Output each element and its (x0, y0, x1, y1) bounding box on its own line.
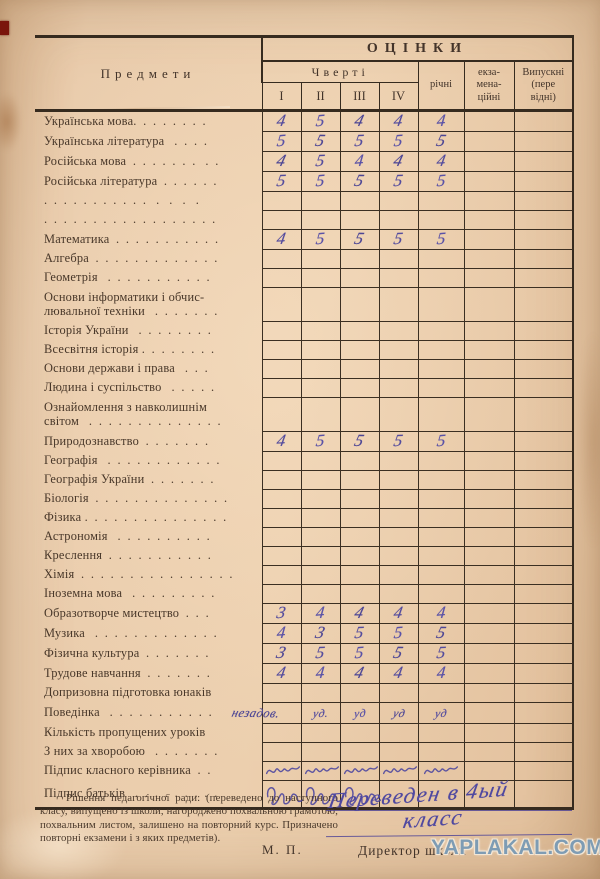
grade-cell (464, 211, 514, 230)
grade-cell (418, 566, 464, 585)
handwritten-word: уд (434, 709, 448, 721)
grade-cell (418, 250, 464, 269)
subject-row-astronomiya: Астрономія . . . . . . . . . . (35, 528, 573, 547)
grade-cell (464, 724, 514, 743)
grade-cell (262, 547, 301, 566)
grade-cell (262, 743, 301, 762)
grade-cell (301, 762, 340, 781)
subject-label: Основи інформатики і обчис- лювальної те… (35, 288, 262, 322)
grade-cell (379, 341, 418, 360)
subject-label: Російська мова . . . . . . . . . (35, 152, 262, 172)
grade-cell (379, 724, 418, 743)
pedagogical-council-decision: Рішення педагогічної ради: (переведено д… (40, 792, 338, 846)
grade-cell (379, 398, 418, 432)
grade-cell (514, 644, 573, 664)
grade-cell: 5 (379, 432, 418, 452)
grade-cell: 4 (340, 111, 379, 132)
grade-cell: 4 (379, 152, 418, 172)
handwritten-grade: 5 (315, 112, 325, 130)
grade-cell: уд (340, 703, 379, 724)
subject-row-istoriya-ukrainy: Історія України . . . . . . . . (35, 322, 573, 341)
final-column-header: Випускні (пере відні) (514, 61, 573, 111)
subject-row-za-khvoroboyu: З них за хворобою . . . . . . . (35, 743, 573, 762)
grade-cell (464, 360, 514, 379)
grade-cell: 4 (418, 604, 464, 624)
grade-cell (379, 743, 418, 762)
handwritten-grade: 4 (353, 604, 366, 621)
handwritten-grade: 4 (435, 152, 447, 169)
grade-cell (379, 566, 418, 585)
grade-cell (262, 322, 301, 341)
grade-cell (301, 528, 340, 547)
grade-cell: уд (418, 703, 464, 724)
quarter-4-header: IV (379, 83, 418, 111)
grade-cell (514, 490, 573, 509)
grade-cell: 5 (340, 132, 379, 152)
grade-cell (464, 452, 514, 471)
handwritten-grade: 5 (435, 644, 447, 661)
grade-cell (379, 269, 418, 288)
grade-cell: 5 (340, 644, 379, 664)
grade-cell (514, 762, 573, 781)
subject-label: Креслення . . . . . . . . . . . (35, 547, 262, 566)
subject-label: Кількість пропущених уроків (35, 724, 262, 743)
handwritten-grade: 5 (353, 432, 366, 449)
subject-row-lyudyna-i-suspilstvo: Людина і суспільство . . . . . (35, 379, 573, 398)
handwritten-grade: 3 (276, 604, 288, 621)
grade-cell (514, 471, 573, 490)
grade-cell (379, 211, 418, 230)
handwritten-grade: 5 (315, 644, 327, 661)
grade-cell (464, 547, 514, 566)
grade-cell: 5 (418, 644, 464, 664)
handwritten-grade: 4 (436, 112, 446, 130)
subject-label: З них за хворобою . . . . . . . (35, 743, 262, 762)
grade-cell: 4 (379, 664, 418, 684)
handwritten-grade: 5 (393, 432, 405, 449)
grade-cell (301, 269, 340, 288)
subject-label: Людина і суспільство . . . . . (35, 379, 262, 398)
grade-cell (301, 547, 340, 566)
grade-cell (340, 288, 379, 322)
grade-cell (340, 566, 379, 585)
handwritten-grade: 4 (315, 604, 325, 622)
subject-label: Ознайомлення з навколишнім світом . . . … (35, 398, 262, 432)
grade-cell (514, 547, 573, 566)
grade-cell: 5 (340, 172, 379, 192)
grade-cell: 5 (301, 644, 340, 664)
teacher-signature-scribble (263, 762, 303, 780)
handwritten-grade: 5 (393, 230, 405, 247)
grade-cell (379, 490, 418, 509)
grade-cell (262, 585, 301, 604)
handwritten-grade: 5 (435, 132, 448, 149)
grade-cell (301, 452, 340, 471)
quarter-3-header: III (340, 83, 379, 111)
subject-row-ukrainska-mova: Українська мова. . . . . . . . 4 5 4 4 4 (35, 111, 573, 132)
subject-label: Поведінка . . . . . . . . . . . (35, 703, 262, 724)
grade-cell: 5 (379, 644, 418, 664)
handwritten-grade: 5 (436, 432, 446, 450)
subject-label: Образотворче мистецтво . . . (35, 604, 262, 624)
handwritten-grade: 4 (436, 664, 446, 682)
annual-column-header: річні (418, 61, 464, 111)
handwritten-grade: 4 (436, 604, 446, 622)
subject-label: Всесвітня історія . . . . . . . . (35, 341, 262, 360)
grade-cell (262, 288, 301, 322)
grade-cell: незадов. (262, 703, 301, 724)
grade-cell (262, 192, 301, 211)
grade-cell (514, 509, 573, 528)
grade-cell (514, 452, 573, 471)
grade-cell (262, 360, 301, 379)
grade-cell: 4 (340, 604, 379, 624)
grade-cell (340, 762, 379, 781)
subject-label: Основи держави і права . . . (35, 360, 262, 379)
grade-cell (464, 269, 514, 288)
handwritten-grade: 5 (315, 432, 325, 450)
grade-cell (464, 432, 514, 452)
subject-label: . . . . . . . . . . . . . . . . . . (35, 211, 262, 230)
handwritten-grade: 4 (353, 112, 366, 129)
grade-cell (340, 743, 379, 762)
subject-label: Географія України . . . . . . . (35, 471, 262, 490)
grade-cell (301, 490, 340, 509)
handwritten-grade: 5 (392, 644, 405, 661)
subject-row-obrazotvorche: Образотворче мистецтво . . . 3 4 4 4 4 (35, 604, 573, 624)
grade-cell (379, 471, 418, 490)
grade-cell (340, 360, 379, 379)
handwritten-word: уд. (312, 709, 329, 721)
grade-cell (464, 398, 514, 432)
grade-cell: 5 (418, 172, 464, 192)
handwritten-grade: 5 (435, 624, 448, 641)
grade-cell: 5 (301, 152, 340, 172)
subject-row-dopryzovna: Допризовна підготовка юнаків (35, 684, 573, 703)
grade-cell (418, 684, 464, 703)
grade-cell: 5 (301, 132, 340, 152)
grade-cell: 5 (262, 132, 301, 152)
grade-cell (418, 547, 464, 566)
subject-row-povedinka: Поведінка . . . . . . . . . . . незадов.… (35, 703, 573, 724)
grade-cell (418, 452, 464, 471)
grade-cell: 4 (379, 111, 418, 132)
quarter-2-header: II (301, 83, 340, 111)
grade-cell: 5 (340, 624, 379, 644)
grade-cell (514, 398, 573, 432)
grade-cell (262, 528, 301, 547)
grade-cell (340, 471, 379, 490)
grade-cell (340, 192, 379, 211)
grade-cell (514, 432, 573, 452)
handwritten-grade: 4 (276, 664, 288, 681)
subject-label: . . . . . . . . . . . . . . . (35, 192, 262, 211)
grade-cell (514, 724, 573, 743)
subject-label: Фізична культура . . . . . . . (35, 644, 262, 664)
grade-cell (379, 684, 418, 703)
grade-cell (418, 762, 464, 781)
handwritten-grade: 5 (354, 132, 366, 149)
grade-cell (464, 288, 514, 322)
grade-cell (262, 471, 301, 490)
grade-cell (301, 398, 340, 432)
grade-cell (464, 192, 514, 211)
grade-cell: 5 (301, 172, 340, 192)
grade-cell (464, 471, 514, 490)
grade-cell (418, 288, 464, 322)
grade-cell (379, 762, 418, 781)
subject-label: Трудове навчання . . . . . . . (35, 664, 262, 684)
grade-cell: 4 (262, 432, 301, 452)
grade-cell (418, 743, 464, 762)
subject-label: Астрономія . . . . . . . . . . (35, 528, 262, 547)
handwritten-grade: 4 (353, 664, 366, 681)
subject-label: Природознавство . . . . . . . (35, 432, 262, 452)
grade-cell (418, 398, 464, 432)
quarter-1-header: I (262, 83, 301, 111)
grade-cell (301, 509, 340, 528)
subject-row-geometriya: Геометрія . . . . . . . . . . . (35, 269, 573, 288)
grade-cell (514, 379, 573, 398)
subject-row-osnovy-derzhavy: Основи держави і права . . . (35, 360, 573, 379)
grade-cell (514, 684, 573, 703)
teacher-signature-scribble (302, 762, 342, 780)
subjects-header: Предмети (35, 37, 262, 111)
subject-row-blank-2: . . . . . . . . . . . . . . . . . . (35, 211, 573, 230)
grade-cell: 4 (262, 664, 301, 684)
grade-cell (340, 452, 379, 471)
grade-cell (464, 644, 514, 664)
grade-cell: 4 (301, 664, 340, 684)
grade-cell (464, 528, 514, 547)
grade-cell (262, 684, 301, 703)
subject-label: Музика . . . . . . . . . . . . . (35, 624, 262, 644)
subject-row-matematyka: Математика . . . . . . . . . . . 4 5 5 5… (35, 230, 573, 250)
handwritten-grade: 5 (276, 132, 286, 150)
grade-cell: 4 (262, 624, 301, 644)
grade-cell (262, 724, 301, 743)
grade-cell (464, 379, 514, 398)
grade-cell (262, 762, 301, 781)
grade-cell (301, 341, 340, 360)
grade-cell (514, 585, 573, 604)
grade-cell: 5 (301, 111, 340, 132)
grade-cell (464, 664, 514, 684)
grade-cell (262, 509, 301, 528)
handwritten-grade: 5 (354, 644, 364, 662)
handwritten-grade: 3 (275, 644, 288, 661)
grade-cell: 4 (418, 111, 464, 132)
grade-cell (379, 288, 418, 322)
grade-cell (301, 360, 340, 379)
subject-row-inozemna-mova: Іноземна мова . . . . . . . . . (35, 585, 573, 604)
handwritten-grade: 4 (276, 624, 286, 642)
grade-cell (340, 398, 379, 432)
grade-cell (514, 132, 573, 152)
grade-cell: 4 (418, 152, 464, 172)
subject-label: Українська мова. . . . . . . . (35, 111, 262, 132)
grade-cell (514, 288, 573, 322)
grade-cell (262, 269, 301, 288)
grade-cell (464, 111, 514, 132)
grade-cell (464, 566, 514, 585)
grade-cell (514, 566, 573, 585)
grade-cell (514, 192, 573, 211)
subject-row-algebra: Алгебра . . . . . . . . . . . . . (35, 250, 573, 269)
grade-cell: 5 (379, 230, 418, 250)
grade-cell: 4 (340, 664, 379, 684)
grade-cell (301, 743, 340, 762)
handwritten-grade: 5 (393, 132, 403, 150)
subject-row-muzyka: Музика . . . . . . . . . . . . . 4 3 5 5… (35, 624, 573, 644)
subject-row-ukrainska-literatura: Українська література . . . . 5 5 5 5 5 (35, 132, 573, 152)
teacher-signature-scribble (341, 762, 381, 780)
grade-cell: 4 (262, 111, 301, 132)
handwritten-grade: 3 (314, 624, 327, 641)
subject-row-pryrodoznavstvo: Природознавство . . . . . . . 4 5 5 5 5 (35, 432, 573, 452)
grade-cell (340, 250, 379, 269)
grade-cell: 4 (262, 230, 301, 250)
handwritten-grade: 4 (275, 152, 288, 169)
grade-cell: 5 (379, 624, 418, 644)
grade-cell: 4 (301, 604, 340, 624)
grade-cell: 4 (340, 152, 379, 172)
grade-cell: 5 (418, 432, 464, 452)
handwritten-word: уд (353, 709, 366, 721)
grade-cell (514, 250, 573, 269)
handwritten-grade: 5 (315, 172, 325, 190)
grade-cell (418, 211, 464, 230)
subject-row-fizychna-kultura: Фізична культура . . . . . . . 3 5 5 5 5 (35, 644, 573, 664)
subject-row-blank-1: . . . . . . . . . . . . . . . (35, 192, 573, 211)
grade-cell (379, 509, 418, 528)
subject-row-rosiyska-mova: Російська мова . . . . . . . . . 4 5 4 4… (35, 152, 573, 172)
subject-label: Допризовна підготовка юнаків (35, 684, 262, 703)
grade-cell (340, 211, 379, 230)
grade-cell: 5 (418, 624, 464, 644)
grade-cell: 5 (379, 132, 418, 152)
grade-cell (464, 250, 514, 269)
subject-label: Історія України . . . . . . . . (35, 322, 262, 341)
subject-row-vsesvitnya-istoriya: Всесвітня історія . . . . . . . . (35, 341, 573, 360)
grade-cell (262, 341, 301, 360)
handwritten-grade: 5 (353, 230, 366, 247)
handwritten-grade: 5 (353, 172, 366, 189)
grade-cell (464, 604, 514, 624)
torn-corner-mark (0, 21, 9, 35)
subject-row-geografiya: Географія . . . . . . . . . . . . (35, 452, 573, 471)
grade-cell (301, 684, 340, 703)
grade-cell (418, 585, 464, 604)
grade-cell (301, 724, 340, 743)
grade-cell (262, 490, 301, 509)
grade-cell (418, 509, 464, 528)
quarters-header: Чверті (262, 61, 418, 83)
grade-cell (340, 322, 379, 341)
handwritten-grade: 4 (276, 112, 288, 129)
grade-cell (418, 192, 464, 211)
grade-cell (301, 379, 340, 398)
grade-cell (514, 528, 573, 547)
watermark-text: YAPLAKAL.COM (431, 836, 600, 860)
subject-row-kreslennya: Креслення . . . . . . . . . . . (35, 547, 573, 566)
grade-cell (379, 360, 418, 379)
grade-cell: 5 (379, 172, 418, 192)
subject-row-khimiya: Хімія . . . . . . . . . . . . . . . . (35, 566, 573, 585)
grade-cell (418, 322, 464, 341)
handwritten-grade: 5 (315, 230, 325, 248)
grade-cell (514, 211, 573, 230)
grades-header: ОЦІНКИ (262, 37, 573, 62)
grade-cell (514, 664, 573, 684)
grade-cell: 5 (418, 230, 464, 250)
grade-cell (340, 528, 379, 547)
grade-cell (464, 341, 514, 360)
grade-cell (262, 379, 301, 398)
seal-placeholder-label: М. П. (262, 842, 303, 858)
teacher-signature-scribble (421, 762, 461, 780)
grade-cell (418, 360, 464, 379)
grade-cell (464, 490, 514, 509)
grade-cell (514, 341, 573, 360)
grade-cell (514, 703, 573, 724)
grade-cell (340, 724, 379, 743)
grade-cell (464, 172, 514, 192)
grade-cell (464, 585, 514, 604)
subject-label: Українська література . . . . (35, 132, 262, 152)
subject-row-oznayomlennya: Ознайомлення з навколишнім світом . . . … (35, 398, 573, 432)
grade-cell: 4 (262, 152, 301, 172)
handwritten-grade: 4 (354, 152, 364, 170)
grade-cell (514, 360, 573, 379)
subject-label: Математика . . . . . . . . . . . (35, 230, 262, 250)
grade-cell (514, 111, 573, 132)
grade-cell (418, 724, 464, 743)
subject-label: Іноземна мова . . . . . . . . . (35, 585, 262, 604)
handwritten-promotion-note: Переведен в 4ый класс (326, 780, 574, 842)
grade-cell (379, 452, 418, 471)
grade-cell (340, 379, 379, 398)
handwritten-text-line: класс (401, 804, 465, 834)
subject-label: Підпис класного керівника . . (35, 762, 262, 781)
grade-cell (301, 211, 340, 230)
subject-row-osnovy-informatyky: Основи інформатики і обчис- лювальної те… (35, 288, 573, 322)
grade-cell (379, 192, 418, 211)
grade-cell: 5 (418, 132, 464, 152)
subject-row-biologiya: Біологія . . . . . . . . . . . . . . (35, 490, 573, 509)
grade-cell: 5 (301, 230, 340, 250)
grade-cell (340, 269, 379, 288)
grade-cell: 3 (262, 604, 301, 624)
handwritten-grade: 4 (315, 664, 325, 682)
grade-cell (301, 471, 340, 490)
grade-cell (301, 288, 340, 322)
grade-cell (301, 322, 340, 341)
handwritten-grade: 5 (315, 152, 327, 169)
grade-cell (514, 172, 573, 192)
handwritten-grade: 5 (436, 230, 446, 248)
grade-cell (514, 624, 573, 644)
grade-cell (379, 585, 418, 604)
grade-cell (418, 490, 464, 509)
grade-cell (418, 341, 464, 360)
handwritten-grade: 4 (393, 112, 405, 129)
subject-label: Географія . . . . . . . . . . . . (35, 452, 262, 471)
grade-cell (301, 585, 340, 604)
grade-cell (514, 152, 573, 172)
grade-cell (262, 398, 301, 432)
grade-cell: 3 (301, 624, 340, 644)
